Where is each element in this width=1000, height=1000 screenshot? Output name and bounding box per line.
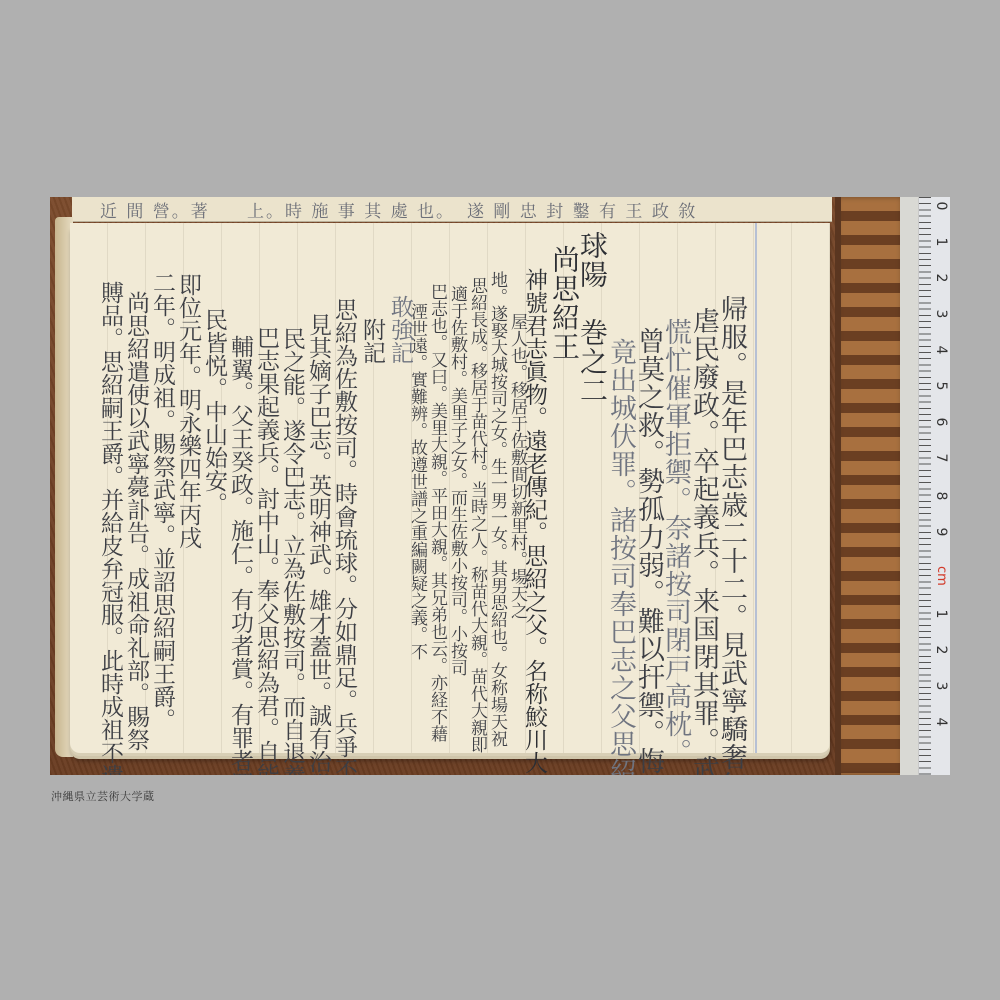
text-column: 曾莫之救。勢孤力弱。難以扞禦。悔之無及。 (635, 327, 662, 775)
ruler-label: 4 (934, 342, 948, 358)
ruler-label: 2 (934, 642, 948, 658)
ruler-label: 9 (934, 524, 948, 540)
notebook-page: 帰服。是年巴志歳二十二。見武寧驕奢無度。 虐民廢政。卒起義兵。来国閉其罪。武寧 … (70, 223, 830, 753)
strip-text-middle: 上。時 施 事 其 處 也。 (247, 197, 455, 222)
text-column: 敢強記 (388, 295, 411, 364)
appendix-heading: 附記 (360, 318, 383, 364)
margin-line (755, 223, 757, 753)
volume-title: 球陽 巻之二 (578, 231, 606, 405)
ruler-label: 6 (934, 414, 948, 430)
text-column: 虐民廢政。卒起義兵。来国閉其罪。武寧 (690, 307, 717, 775)
text-column: 民之能。遂令巴志。立為佐敷按司。而自退養老。 (280, 327, 303, 775)
text-column: 賻品。思紹嗣王爵。并給皮弁冠服。此時成祖不遣使。止賜詔封之 (98, 281, 121, 775)
text-column: 竟出城伏罪。諸按司奉巴志之父思紹為君。 (607, 338, 634, 775)
ruler-label: 1 (934, 234, 948, 250)
ruler-label: 8 (934, 488, 948, 504)
ruler-label: 1 (934, 606, 948, 622)
manuscript-photo: 0 1 2 3 4 5 6 7 8 9 cm 1 2 3 4 近 間 營。著 上… (50, 197, 950, 775)
page-canvas: 0 1 2 3 4 5 6 7 8 9 cm 1 2 3 4 近 間 營。著 上… (0, 0, 1000, 1000)
king-title: 尚思紹王 (550, 245, 578, 361)
ruler-ticks (919, 197, 931, 775)
text-column: 巴志果起義兵。討中山。奉父思紹為君。自能 (254, 326, 277, 775)
strip-text-left: 近 間 營。著 (100, 197, 210, 222)
text-column: 即位元年。明永樂四年丙戌 (176, 273, 199, 549)
text-column: 輔翼。父王癸政。施仁。有功者賞。有罪者罰。臣 (228, 335, 251, 775)
ruler-label: 7 (934, 450, 948, 466)
collection-credit-caption: 沖縄県立芸術大学蔵 (51, 788, 155, 804)
text-column: 民皆悦。中山始安。 (202, 308, 225, 515)
text-column: 屋人也。移居于佐敷間切新里村。場天之 (508, 313, 525, 619)
previous-page-strip: 近 間 營。著 上。時 施 事 其 處 也。 遂 剛 忠 封 鑿 有 王 政 敘 (72, 197, 832, 222)
text-column: 見其嫡子巴志。英明神武。雄才蓋世。誠有治世安 (306, 313, 329, 775)
ruler-label: 3 (934, 678, 948, 694)
ruler-label: 5 (934, 378, 948, 394)
ruler-label: 4 (934, 714, 948, 730)
ruler-label: 2 (934, 270, 948, 286)
text-column: 帰服。是年巴志歳二十二。見武寧驕奢無度。 (718, 295, 745, 775)
ruler-label: 3 (934, 306, 948, 322)
strip-text-right: 遂 剛 忠 封 鑿 有 王 政 敘 (467, 197, 697, 222)
text-column: 慌忙催軍拒禦。奈諸按司閉戸高枕。 (662, 318, 689, 766)
ruler-label: 0 (934, 198, 948, 214)
text-column: 地。遂娶大城按司之女。生一男一女。其男思紹也。女称場天祝 (488, 271, 505, 747)
ruler-unit-label: cm (934, 566, 948, 582)
text-column: 思紹為佐敷按司。時會琉球。分如鼎足。兵爭不息 (332, 298, 355, 775)
text-column: 適于佐敷村。美里子之女。而生佐敷小按司。小按司 (448, 285, 465, 676)
text-column: 思紹長成。移居于苗代村。当時之人。称苗代大親。苗代大親即 (468, 277, 485, 753)
text-column: 巴志也。又曰。美里大親。平田大親。其兄弟也云。亦経不藉 (428, 283, 445, 742)
book-spine-stitching (835, 197, 906, 775)
text-column: 二年。明成祖。賜祭武寧。並詔思紹嗣王爵。 (150, 271, 173, 731)
measuring-ruler: 0 1 2 3 4 5 6 7 8 9 cm 1 2 3 4 (918, 197, 950, 775)
text-column: 尚思紹遣使以武寧薨訃告。成祖命礼部。賜祭 (124, 291, 147, 751)
